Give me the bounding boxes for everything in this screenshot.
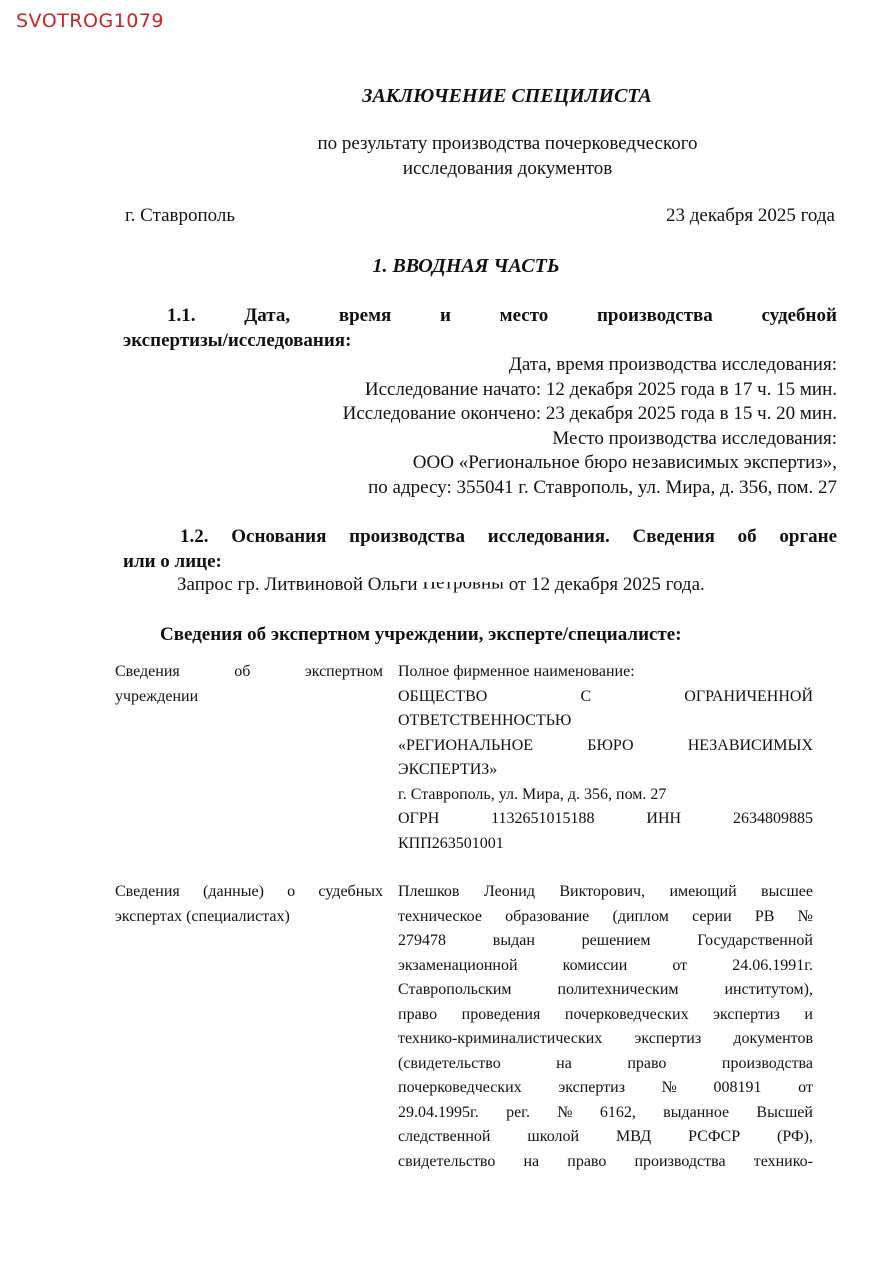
word: почерковедческих (565, 1003, 689, 1028)
word: экспертном (305, 660, 383, 685)
word: 1132651015188 (491, 807, 594, 832)
word: 279478 (398, 929, 446, 954)
word: почерковедческих (398, 1076, 522, 1101)
word: комиссии (563, 954, 628, 979)
word: НЕЗАВИСИМЫХ (688, 734, 813, 759)
word: решением (582, 929, 651, 954)
expert-text-line: техническоеобразование(дипломсерииРВ№ (398, 905, 813, 930)
word: производства (349, 524, 465, 549)
research-details: Дата, время производства исследования: И… (343, 353, 837, 500)
word: судебной (762, 303, 837, 328)
word: С (580, 685, 591, 710)
request-line: Запрос гр. Литвиновой Ольги Петровны от … (177, 574, 705, 596)
word: № (798, 905, 813, 930)
obscured-text: Петровны (422, 582, 504, 592)
word: институтом), (724, 978, 813, 1003)
word: БЮРО (587, 734, 633, 759)
word: о (287, 880, 295, 905)
word: документов (733, 1027, 813, 1052)
table-label: Сведения(данные)осудебных экспертах (спе… (115, 880, 398, 1174)
full-name-label: Полное фирменное наименование: (398, 660, 813, 685)
expert-text-line: правопроведенияпочерковедческихэкспертиз… (398, 1003, 813, 1028)
word: на (556, 1052, 572, 1077)
word: экспертиз (558, 1076, 625, 1101)
word: место (500, 303, 549, 328)
expert-text-line: следственнойшколойМВДРСФСР(РФ), (398, 1125, 813, 1150)
document-title: ЗАКЛЮЧЕНИЕ СПЕЦИЛИСТА (0, 85, 882, 108)
word: технико- (754, 1150, 813, 1175)
word: право (627, 1052, 666, 1077)
word: судебных (318, 880, 383, 905)
word: свидетельство (398, 1150, 495, 1175)
word: и (440, 303, 451, 328)
heading-line: или о лице: (123, 549, 837, 574)
word: Сведения (115, 880, 180, 905)
word: Дата, (244, 303, 290, 328)
word: производства (722, 1052, 813, 1077)
word: школой (527, 1125, 579, 1150)
expert-info-table: Сведенияобэкспертном учреждении Полное ф… (115, 660, 813, 1174)
word: Ставропольским (398, 978, 512, 1003)
expert-text-line: свидетельствонаправопроизводстватехнико- (398, 1150, 813, 1175)
word: экспертиз (635, 1027, 702, 1052)
word: имеющий (669, 880, 736, 905)
expert-text-line: ПлешковЛеонидВикторович,имеющийвысшее (398, 880, 813, 905)
org-kpp: КПП263501001 (398, 832, 813, 857)
expert-text-line: (свидетельствонаправопроизводства (398, 1052, 813, 1077)
expert-text-line: технико-криминалистическихэкспертиздокум… (398, 1027, 813, 1052)
research-start: Исследование начато: 12 декабря 2025 год… (343, 378, 837, 403)
expert-text-line: экзаменационнойкомиссииот24.06.1991г. (398, 954, 813, 979)
research-line: Дата, время производства исследования: (343, 353, 837, 378)
word: Леонид (484, 880, 535, 905)
word: время (339, 303, 391, 328)
word: Высшей (756, 1101, 813, 1126)
document-city: г. Ставрополь (125, 205, 235, 227)
research-org: ООО «Региональное бюро независимых экспе… (343, 451, 837, 476)
word: 008191 (714, 1076, 762, 1101)
research-line: Место производства исследования: (343, 427, 837, 452)
word: Сведения (115, 660, 180, 685)
word: 24.06.1991г. (732, 954, 813, 979)
word: право (567, 1150, 606, 1175)
document-date: 23 декабря 2025 года (666, 205, 835, 227)
word: 1.2. (180, 524, 209, 549)
word: проведения (462, 1003, 541, 1028)
word: № (557, 1101, 572, 1126)
word: № (662, 1076, 677, 1101)
subtitle-line: исследования документов (250, 156, 765, 181)
word: на (523, 1150, 539, 1175)
word: 1.1. (167, 303, 196, 328)
word: Викторович, (559, 880, 645, 905)
expert-text-line: 29.04.1995г.рег.№6162,выданноеВысшей (398, 1101, 813, 1126)
word: экспертиз (713, 1003, 780, 1028)
word: серии (692, 905, 732, 930)
word: Государственной (697, 929, 813, 954)
table-row: Сведенияобэкспертном учреждении Полное ф… (115, 660, 813, 856)
word: рег. (506, 1101, 530, 1126)
word: технико-криминалистических (398, 1027, 602, 1052)
document-stamp-id: SVOTROG1079 (16, 10, 164, 32)
heading-line: 1.2.Основанияпроизводстваисследования.Св… (123, 524, 837, 549)
research-address: по адресу: 355041 г. Ставрополь, ул. Мир… (343, 476, 837, 501)
subsection-heading-1-1: 1.1.Дата,времяиместопроизводствасудебной… (123, 303, 837, 353)
word: об (234, 660, 250, 685)
info-heading: Сведения об экспертном учреждении, экспе… (160, 624, 682, 646)
expert-text-line: 279478выданрешениемГосударственной (398, 929, 813, 954)
word: производства (634, 1150, 725, 1175)
expert-text-line: Ставропольскимполитехническиминститутом)… (398, 978, 813, 1003)
word: ОБЩЕСТВО (398, 685, 487, 710)
word: (данные) (203, 880, 264, 905)
word: выданное (663, 1101, 729, 1126)
word: 6162, (600, 1101, 636, 1126)
word: образование (505, 905, 589, 930)
word: экзаменационной (398, 954, 518, 979)
word: Сведения (633, 524, 715, 549)
expert-text-line: почерковедческихэкспертиз№008191от (398, 1076, 813, 1101)
research-end: Исследование окончено: 23 декабря 2025 г… (343, 402, 837, 427)
document-subtitle: по результату производства почерковедчес… (250, 131, 765, 181)
table-label: Сведенияобэкспертном учреждении (115, 660, 398, 856)
table-row: Сведения(данные)осудебных экспертах (спе… (115, 880, 813, 1174)
word: «РЕГИОНАЛЬНОЕ (398, 734, 533, 759)
subsection-heading-1-2: 1.2.Основанияпроизводстваисследования.Св… (123, 524, 837, 574)
word: ОГРН (398, 807, 439, 832)
word: Плешков (398, 880, 459, 905)
word: ИНН (646, 807, 681, 832)
word: (РФ), (777, 1125, 813, 1150)
org-ids: ОГРН1132651015188ИНН2634809885 (398, 807, 813, 832)
request-text: от 12 декабря 2025 года. (504, 574, 705, 595)
word: РВ (755, 905, 775, 930)
word: исследования. (488, 524, 610, 549)
word: (диплом (613, 905, 669, 930)
word: техническое (398, 905, 482, 930)
word: политехническим (557, 978, 678, 1003)
org-address: г. Ставрополь, ул. Мира, д. 356, пом. 27 (398, 783, 813, 808)
word: 2634809885 (733, 807, 813, 832)
word: выдан (493, 929, 535, 954)
word: Основания (231, 524, 326, 549)
word: органе (779, 524, 837, 549)
word: об (738, 524, 757, 549)
word: МВД (616, 1125, 651, 1150)
word: от (672, 954, 687, 979)
word: (свидетельство (398, 1052, 501, 1077)
word: ОГРАНИЧЕННОЙ (684, 685, 813, 710)
table-value: Полное фирменное наименование: ОБЩЕСТВОС… (398, 660, 813, 856)
word: 29.04.1995г. (398, 1101, 479, 1126)
word: высшее (761, 880, 813, 905)
request-text: Запрос гр. Литвиновой Ольги (177, 574, 422, 595)
word: производства (597, 303, 713, 328)
word: право (398, 1003, 437, 1028)
subtitle-line: по результату производства почерковедчес… (250, 131, 765, 156)
section-heading-intro: 1. ВВОДНАЯ ЧАСТЬ (0, 255, 882, 278)
heading-line: 1.1.Дата,времяиместопроизводствасудебной (123, 303, 837, 328)
word: и (804, 1003, 813, 1028)
heading-line: экспертизы/исследования: (123, 328, 837, 353)
word: от (798, 1076, 813, 1101)
table-value: ПлешковЛеонидВикторович,имеющийвысшеетех… (398, 880, 813, 1174)
word: РСФСР (688, 1125, 740, 1150)
word: следственной (398, 1125, 490, 1150)
